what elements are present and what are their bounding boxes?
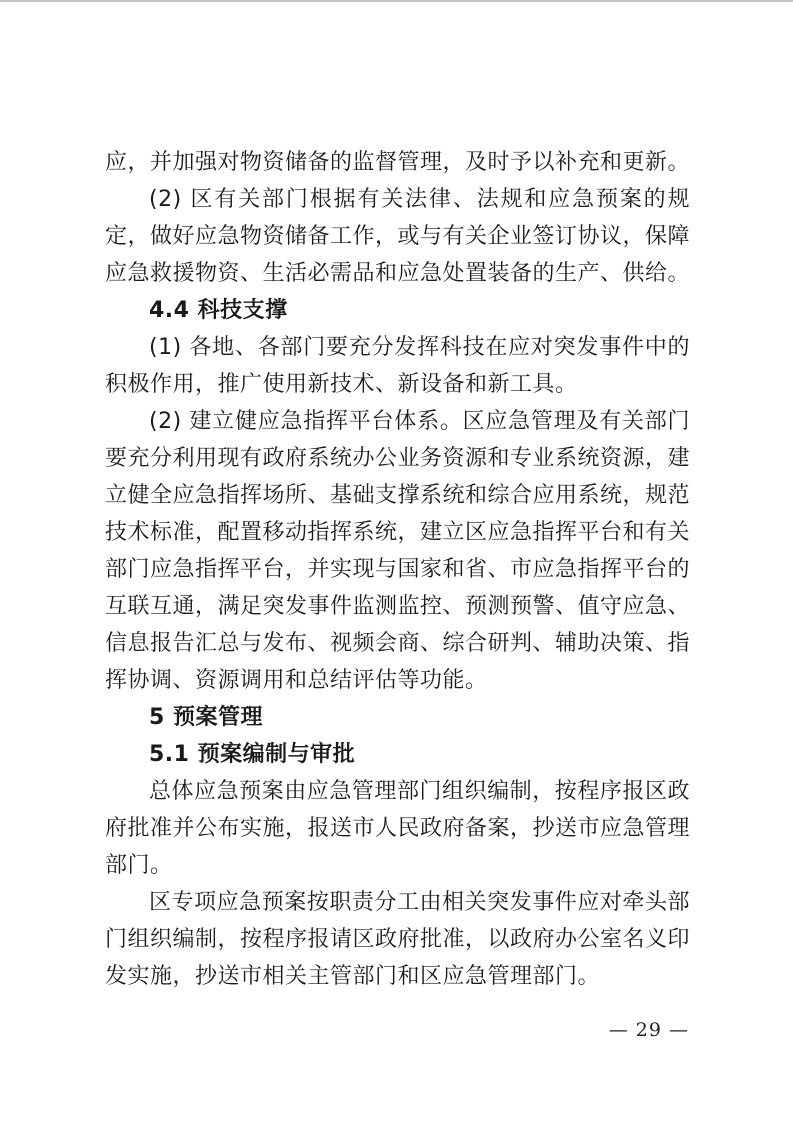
page-number: — 29 — xyxy=(609,1018,689,1042)
paragraph-tech-item1: (1) 各地、各部门要充分发挥科技在应对突发事件中的积极作用，推广使用新技术、新… xyxy=(105,329,690,403)
section-heading-4-4-tech-support: 4.4 科技支撑 xyxy=(105,292,690,329)
page-top-edge xyxy=(0,0,793,2)
document-body: 应，并加强对物资储备的监督管理，及时予以补充和更新。 (2) 区有关部门根据有关… xyxy=(105,144,690,995)
paragraph-supply-update-continuation: 应，并加强对物资储备的监督管理，及时予以补充和更新。 xyxy=(105,144,690,181)
paragraph-overall-plan: 总体应急预案由应急管理部门组织编制，按程序报区政府批准并公布实施，报送市人民政府… xyxy=(105,773,690,884)
document-page: 应，并加强对物资储备的监督管理，及时予以补充和更新。 (2) 区有关部门根据有关… xyxy=(0,0,793,1122)
paragraph-special-plan: 区专项应急预案按职责分工由相关突发事件应对牵头部门组织编制，按程序报请区政府批准… xyxy=(105,884,690,995)
section-heading-5-plan-management: 5 预案管理 xyxy=(105,699,690,736)
paragraph-material-reserve-item2: (2) 区有关部门根据有关法律、法规和应急预案的规定，做好应急物资储备工作，或与… xyxy=(105,181,690,292)
section-heading-5-1-plan-compilation-approval: 5.1 预案编制与审批 xyxy=(105,736,690,773)
paragraph-tech-item2-command-platform: (2) 建立健应急指挥平台体系。区应急管理及有关部门要充分利用现有政府系统办公业… xyxy=(105,403,690,699)
